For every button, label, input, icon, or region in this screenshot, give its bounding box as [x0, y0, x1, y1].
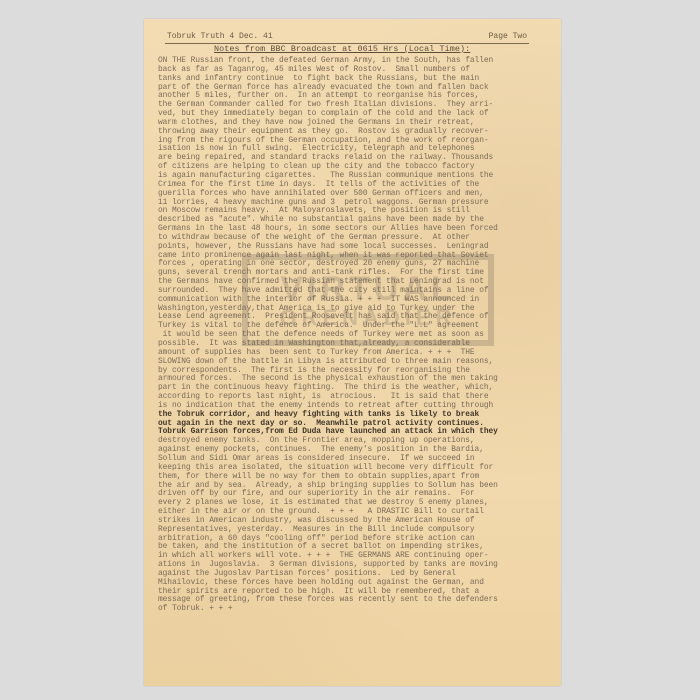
- document-page: Tobruk Truth 4 Dec. 41 Page Two Notes fr…: [144, 19, 561, 686]
- header-page-number: Page Two: [489, 32, 527, 42]
- page-title: Notes from BBC Broadcast at 0615 Hrs (Lo…: [214, 44, 470, 54]
- header-publication: Tobruk Truth 4 Dec. 41: [167, 32, 273, 42]
- text-line: of Tobruk. + + +: [158, 605, 553, 614]
- page-header: Tobruk Truth 4 Dec. 41 Page Two: [165, 32, 529, 44]
- body-text: ON THE Russian front, the defeated Germa…: [158, 57, 553, 614]
